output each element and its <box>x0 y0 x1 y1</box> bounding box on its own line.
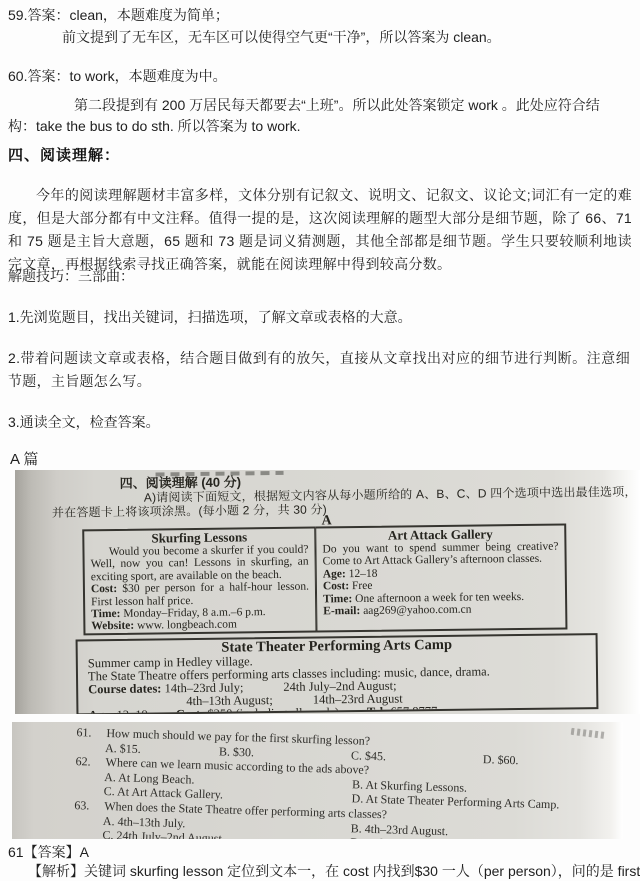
answer-61-analysis: 【解析】关键词 skurfing lesson 定位到文本一，在 cost 内找… <box>28 861 640 881</box>
time-label: Time: <box>91 608 120 620</box>
cost-value: $250 (including all meals) <box>207 705 339 714</box>
time-value: One afternoon a week for ten weeks. <box>355 591 524 605</box>
ad-card-state-theater-camp: State Theater Performing Arts Camp Summe… <box>76 633 599 714</box>
ad-card-skurfing-lessons: Skurfing Lessons Would you become a skur… <box>82 527 316 636</box>
ad-cost-line: Cost: $30 per person for a half-hour les… <box>91 581 309 608</box>
ad-body: Would you become a skurfer if you could?… <box>90 544 308 584</box>
ad-website-line: Website: www. longbeach.com <box>91 618 309 633</box>
tip-item-2: 2.带着问题读文章或表格，结合题目做到有的放矢，直接从文章找出对应的细节进行判断… <box>8 347 630 393</box>
email-label: E-mail: <box>323 605 360 617</box>
email-value: aag269@yahoo.com.cn <box>363 604 471 617</box>
time-label: Time: <box>323 593 352 605</box>
website-value: www. longbeach.com <box>137 619 237 632</box>
faint-corner-stamp <box>571 728 608 739</box>
age-label: Age: <box>88 708 113 714</box>
question-number: 62. <box>75 754 105 769</box>
website-label: Website: <box>91 620 134 633</box>
scan2-content: 61.How much should we pay for the first … <box>12 723 623 839</box>
answer-key-document: 59.答案：clean，本题难度为简单； 前文提到了无车区，无车区可以使得空气更… <box>0 0 640 881</box>
cost-value: Free <box>352 580 373 592</box>
tel-label: Tel: <box>367 705 388 714</box>
tip-item-1: 1.先浏览题目，找出关键词，扫描选项，了解文章或表格的大意。 <box>8 307 412 327</box>
answer-60-line2: 第二段提到有 200 万居民每天都要去“上班”。所以此处答案锁定 work 。此… <box>74 95 600 115</box>
answer-60-line3: 构：take the bus to do sth. 所以答案为 to work. <box>8 116 301 136</box>
exam-scan-photo-ads: 四、阅读理解 (40 分) A)请阅读下面短文，根据短文内容从每小题所给的 A、… <box>15 470 640 714</box>
age-value: 12–18 <box>349 568 378 580</box>
cost-value: $30 per person for a half-hour lesson. F… <box>91 581 309 608</box>
question-number: 63. <box>74 798 104 813</box>
tip-item-3: 3.通读全文，检查答案。 <box>8 412 160 432</box>
section-heading: 四、阅读理解： <box>8 145 120 167</box>
ad-email-line: E-mail: aag269@yahoo.com.cn <box>323 603 559 618</box>
age-label: Age: <box>323 568 346 580</box>
answer-59-line1: 59.答案：clean，本题难度为简单； <box>8 5 229 25</box>
intro-paragraph: 今年的阅读理解题材丰富多样，文体分别有记叙文、说明文、记叙文、议论文;词汇有一定… <box>8 184 632 276</box>
exam-scan-photo-questions: 61.How much should we pay for the first … <box>12 722 623 839</box>
answer-61-line: 61【答案】A <box>8 842 89 862</box>
tips-heading: 解题技巧：三部曲： <box>8 266 134 286</box>
cost-label: Cost: <box>176 707 205 714</box>
tel-value: 657 8777 <box>390 704 437 714</box>
option-d: D. $60. <box>483 752 519 768</box>
passage-label: A 篇 <box>10 449 38 471</box>
scan1-content: 四、阅读理解 (40 分) A)请阅读下面短文，根据短文内容从每小题所给的 A、… <box>15 470 640 714</box>
ad-body: Do you want to spend summer being creati… <box>322 541 558 569</box>
question-number: 61. <box>76 725 106 740</box>
answer-60-line1: 60.答案：to work，本题难度为中。 <box>8 66 227 86</box>
course-dates-label: Course dates: <box>88 681 161 696</box>
ad-card-art-attack-gallery: Art Attack Gallery Do you want to spend … <box>315 523 567 632</box>
ads-table-top-row: Skurfing Lessons Would you become a skur… <box>82 523 567 635</box>
answer-59-line2: 前文提到了无车区，无车区可以使得空气更“干净”，所以答案为 clean。 <box>62 27 501 47</box>
cost-label: Cost: <box>323 580 349 592</box>
age-value: 13–19 <box>117 708 148 714</box>
cost-label: Cost: <box>91 583 117 595</box>
time-value: Monday–Friday, 8 a.m.–6 p.m. <box>123 606 265 620</box>
